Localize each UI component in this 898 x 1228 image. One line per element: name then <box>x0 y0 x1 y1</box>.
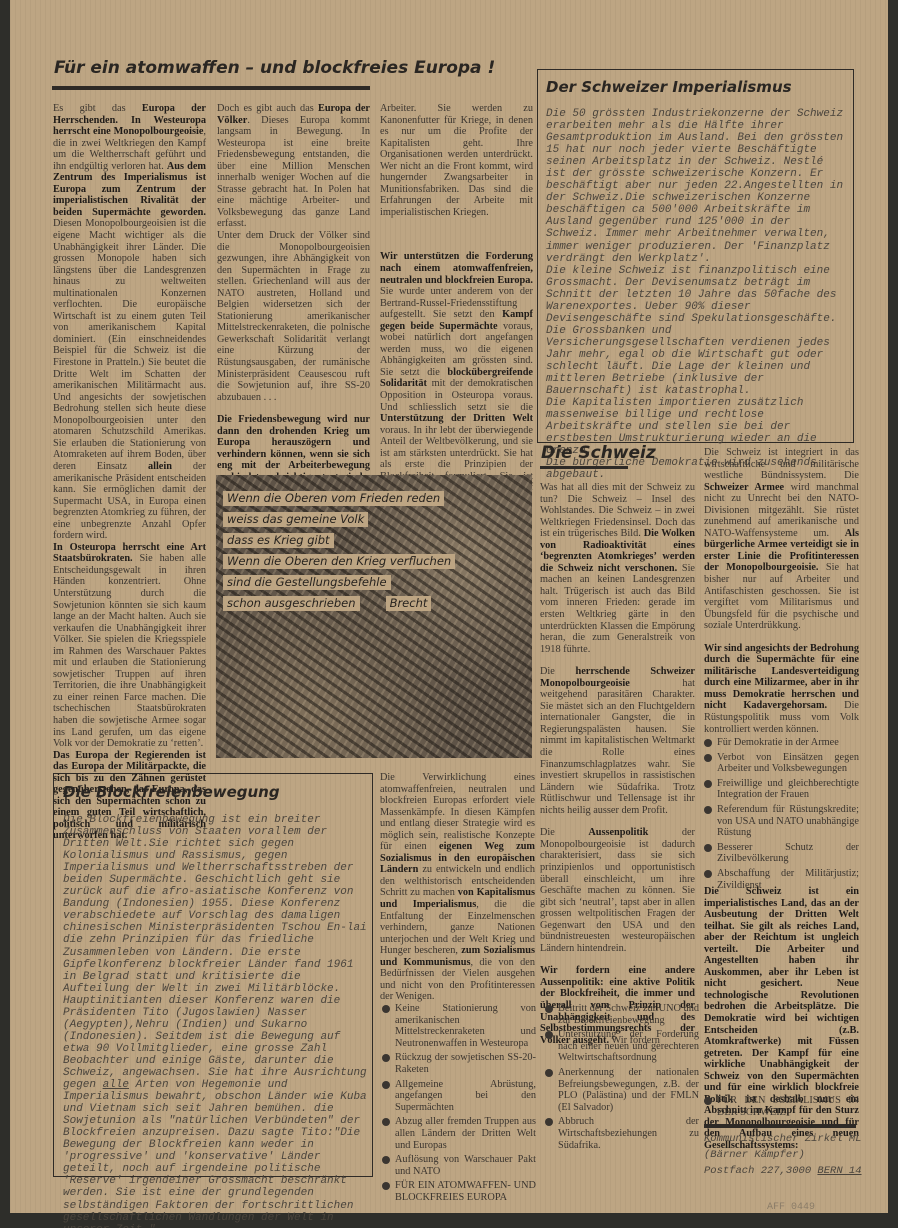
paragraph: Was hat all dies mit der Schweiz zu tun?… <box>540 482 695 655</box>
list-item: Beitritt der Schweiz zur UNO und zur Blo… <box>544 1003 699 1026</box>
paragraph: Die herrschende Schweizer Monopolbourgeo… <box>540 666 695 816</box>
list-item: Auflösung von Warschauer Pakt und NATO <box>381 1154 536 1177</box>
article-column-1: Es gibt das Europa der Herrschenden. In … <box>53 103 206 842</box>
foreign-policy-demands-list: Beitritt der Schweiz zur UNO und zur Blo… <box>544 1003 699 1154</box>
schweiz-title: Die Schweiz <box>541 443 656 463</box>
list-item: Besserer Schutz der Zivilbevölkerung <box>703 842 859 865</box>
list-item: Unterstützung der Forderung nach einer n… <box>544 1029 699 1064</box>
list-item: FÜR DEN SOZIALISMUS IN DER SCHWEIZ <box>703 1095 859 1118</box>
paragraph: Die Schweiz ist integriert in das wirtsc… <box>704 447 859 632</box>
paragraph: Doch es gibt auch das Europa der Völker.… <box>217 103 370 230</box>
signature-line: Kommunistischer Zirkel ML <box>704 1131 864 1147</box>
paragraph: Wir sind angesichts der Bedrohung durch … <box>704 643 859 735</box>
signature: Kommunistischer Zirkel ML (Bärner Kämpfe… <box>704 1131 864 1179</box>
list-item: Keine Stationierung von amerikanischen M… <box>381 1003 536 1049</box>
poem-line: weiss das gemeine Volk <box>223 512 368 527</box>
list-item: Rückzug der sowjetischen SS-20-Raketen <box>381 1052 536 1075</box>
paragraph: In Osteuropa herrscht eine Art Staatsbür… <box>53 542 206 750</box>
list-item: FÜR EIN ATOMWAFFEN- UND BLOCKFREIES EURO… <box>381 1180 536 1203</box>
poem-line: sind die Gestellungsbefehle <box>223 575 391 590</box>
paragraph: Wir unterstützen die Forderung nach eine… <box>380 251 533 505</box>
signature-rule <box>704 1124 856 1128</box>
article-column-3: Arbeiter. Sie werden zu Kanonenfutter fü… <box>380 103 533 506</box>
poem-author: Brecht <box>386 596 432 611</box>
blockfrei-box: Die Blockfreienbewegung Die Blockfreienb… <box>53 773 373 1177</box>
list-item: Referendum für Rüstungskredite; von USA … <box>703 804 859 839</box>
archive-stamp: AFF 0449 <box>767 1202 815 1213</box>
blockfrei-title: Die Blockfreienbewegung <box>63 783 280 801</box>
strategy-column: Die Verwirklichung eines atomwaffenfreie… <box>380 772 535 1003</box>
blockfrei-text: Die Blockfreienbewegung ist ein breiter … <box>63 814 367 1228</box>
paragraph: Es gibt das Europa der Herrschenden. In … <box>53 103 206 542</box>
war-ruins-photo: Wenn die Oberen vom Frieden reden weiss … <box>216 475 532 758</box>
poem-line: schon ausgeschrieben <box>223 596 360 611</box>
list-item: Allgemeine Abrüstung, angefangen bei den… <box>381 1079 536 1114</box>
brecht-poem: Wenn die Oberen vom Frieden reden weiss … <box>223 489 523 615</box>
paragraph: Die kleine Schweiz ist finanzpolitisch e… <box>546 265 848 398</box>
poem-line: dass es Krieg gibt <box>223 533 334 548</box>
schweiz-column-a: Was hat all dies mit der Schweiz zu tun?… <box>540 482 695 1046</box>
imperialismus-text: Die 50 grössten Industriekonzerne der Sc… <box>546 108 848 481</box>
schweiz-column-b: Die Schweiz ist integriert in das wirtsc… <box>704 447 859 735</box>
list-item: Abzug aller fremden Truppen aus allen Lä… <box>381 1116 536 1151</box>
signature-line: Postfach 227,3000 BERN 14 <box>704 1163 864 1179</box>
imperialismus-box: Der Schweizer Imperialismus Die 50 gröss… <box>537 69 854 443</box>
army-demands-list: Für Demokratie in der Armee Verbot von E… <box>703 737 859 894</box>
final-demand-list: FÜR DEN SOZIALISMUS IN DER SCHWEIZ <box>703 1095 859 1121</box>
paragraph: Die Verwirklichung eines atomwaffenfreie… <box>380 772 535 1003</box>
paragraph: Die 50 grössten Industriekonzerne der Sc… <box>546 108 848 265</box>
list-item: Für Demokratie in der Armee <box>703 737 859 749</box>
list-item: Anerkennung der nationalen Befreiungsbew… <box>544 1067 699 1113</box>
paragraph: Unter dem Druck der Völker sind die Mono… <box>217 230 370 403</box>
poem-line: Wenn die Oberen den Krieg verfluchen <box>223 554 455 569</box>
main-headline: Für ein atomwaffen – und blockfreies Eur… <box>54 58 495 78</box>
list-item: Abbruch der Wirtschaftsbeziehungen zu Sü… <box>544 1116 699 1151</box>
schweiz-title-rule <box>540 466 628 469</box>
list-item: Freiwillige und gleichberechtigte Integr… <box>703 778 859 801</box>
headline-rule <box>52 86 370 90</box>
poem-line: Wenn die Oberen vom Frieden reden <box>223 491 444 506</box>
paragraph: Arbeiter. Sie werden zu Kanonenfutter fü… <box>380 103 533 218</box>
europe-demands-list: Keine Stationierung von amerikanischen M… <box>381 1003 536 1207</box>
leaflet-page: Für ein atomwaffen – und blockfreies Eur… <box>10 0 888 1213</box>
signature-line: (Bärner Kämpfer) <box>704 1147 864 1163</box>
paragraph: Die Aussenpolitik der Monopolbourgeoisie… <box>540 827 695 954</box>
list-item: Verbot von Einsätzen gegen Arbeiter und … <box>703 752 859 775</box>
imperialismus-title: Der Schweizer Imperialismus <box>546 78 792 96</box>
